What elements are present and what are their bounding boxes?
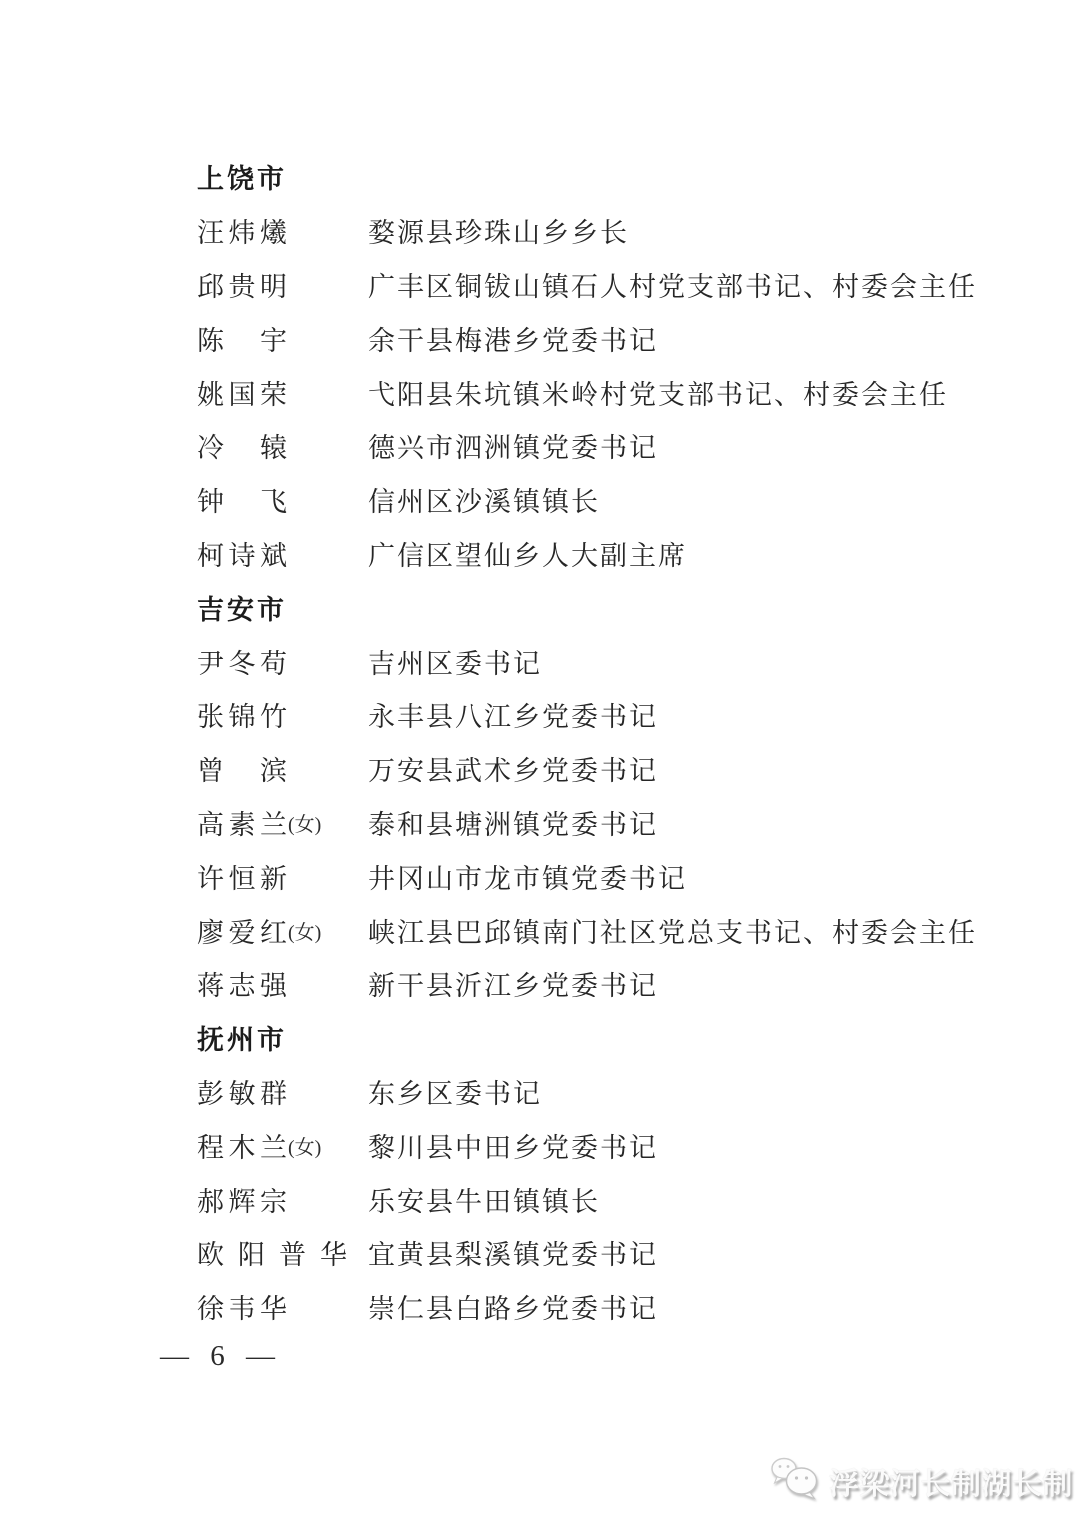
watermark-text: 浮梁河长制湖长制 [829, 1459, 1073, 1503]
person-title: 广信区望仙乡人大副主席 [368, 534, 687, 573]
person-name-cell: 彭敏群 [197, 1072, 368, 1111]
person-name: 尹冬苟 [197, 642, 287, 681]
person-title: 乐安县牛田镇镇长 [368, 1180, 600, 1219]
person-title: 井冈山市龙市镇党委书记 [368, 857, 687, 896]
person-name: 徐韦华 [197, 1287, 287, 1326]
person-name-cell: 曾滨 [197, 749, 368, 788]
roster-row: 冷辕德兴市泗洲镇党委书记 [197, 419, 1050, 473]
document-page: 上饶市汪炜爔婺源县珍珠山乡乡长邱贵明广丰区铜钹山镇石人村党支部书记、村委会主任陈… [0, 0, 1080, 1528]
person-name-cell: 柯诗斌 [197, 534, 368, 573]
person-name: 程木兰 [197, 1126, 287, 1165]
person-title: 德兴市泗洲镇党委书记 [368, 426, 658, 465]
roster-row: 曾滨万安县武术乡党委书记 [197, 742, 1050, 796]
person-title: 余干县梅港乡党委书记 [368, 319, 658, 358]
person-name-cell: 冷辕 [197, 426, 368, 465]
roster-row: 汪炜爔婺源县珍珠山乡乡长 [197, 204, 1050, 258]
person-name-cell: 廖爱红(女) [197, 911, 368, 950]
roster-row: 徐韦华崇仁县白路乡党委书记 [197, 1280, 1050, 1334]
person-name-cell: 钟飞 [197, 480, 368, 519]
section-header: 上饶市 [197, 150, 1050, 204]
person-name: 姚国荣 [197, 373, 287, 412]
roster-row: 许恒新井冈山市龙市镇党委书记 [197, 849, 1050, 903]
person-title: 吉州区委书记 [368, 642, 542, 681]
roster-row: 廖爱红(女)峡江县巴邱镇南门社区党总支书记、村委会主任 [197, 903, 1050, 957]
person-name: 蒋志强 [197, 964, 287, 1003]
person-title: 信州区沙溪镇镇长 [368, 480, 600, 519]
person-name-cell: 汪炜爔 [197, 211, 368, 250]
person-name: 邱贵明 [197, 265, 287, 304]
roster-row: 程木兰(女)黎川县中田乡党委书记 [197, 1118, 1050, 1172]
person-title: 弋阳县朱坑镇米岭村党支部书记、村委会主任 [368, 373, 948, 412]
person-name: 柯诗斌 [197, 534, 287, 573]
person-title: 永丰县八江乡党委书记 [368, 695, 658, 734]
person-name: 欧阳普华 [197, 1233, 347, 1272]
page-number: — 6 — [160, 1340, 277, 1372]
gender-note: (女) [288, 916, 321, 945]
person-title: 东乡区委书记 [368, 1072, 542, 1111]
person-name-cell: 高素兰(女) [197, 803, 368, 842]
person-name-cell: 郝辉宗 [197, 1180, 368, 1219]
roster-row: 柯诗斌广信区望仙乡人大副主席 [197, 527, 1050, 581]
person-title: 黎川县中田乡党委书记 [368, 1126, 658, 1165]
gender-note: (女) [288, 1131, 321, 1160]
person-name: 冷辕 [197, 426, 287, 465]
person-name-cell: 欧阳普华 [197, 1233, 368, 1272]
person-name: 陈宇 [197, 319, 287, 358]
person-name: 张锦竹 [197, 695, 287, 734]
person-name: 彭敏群 [197, 1072, 287, 1111]
roster-row: 郝辉宗乐安县牛田镇镇长 [197, 1172, 1050, 1226]
roster-row: 尹冬苟吉州区委书记 [197, 634, 1050, 688]
person-name: 曾滨 [197, 749, 287, 788]
person-name: 高素兰 [197, 803, 287, 842]
roster-row: 彭敏群东乡区委书记 [197, 1065, 1050, 1119]
page-footer: — 6 — [160, 1340, 277, 1373]
roster-row: 邱贵明广丰区铜钹山镇石人村党支部书记、村委会主任 [197, 258, 1050, 312]
person-title: 新干县沂江乡党委书记 [368, 964, 658, 1003]
person-name-cell: 蒋志强 [197, 964, 368, 1003]
person-name: 汪炜爔 [197, 211, 287, 250]
roster-row: 高素兰(女)泰和县塘洲镇党委书记 [197, 796, 1050, 850]
person-title: 崇仁县白路乡党委书记 [368, 1287, 658, 1326]
person-name-cell: 尹冬苟 [197, 642, 368, 681]
roster-row: 姚国荣弋阳县朱坑镇米岭村党支部书记、村委会主任 [197, 365, 1050, 419]
wechat-icon [770, 1456, 824, 1507]
person-title: 泰和县塘洲镇党委书记 [368, 803, 658, 842]
person-title: 峡江县巴邱镇南门社区党总支书记、村委会主任 [368, 911, 977, 950]
roster-row: 张锦竹永丰县八江乡党委书记 [197, 688, 1050, 742]
roster-row: 陈宇余干县梅港乡党委书记 [197, 311, 1050, 365]
person-name: 廖爱红 [197, 911, 287, 950]
section-header: 抚州市 [197, 1011, 1050, 1065]
watermark: 浮梁河长制湖长制 [770, 1452, 1073, 1510]
roster-row: 钟飞信州区沙溪镇镇长 [197, 473, 1050, 527]
roster-row: 欧阳普华宜黄县梨溪镇党委书记 [197, 1226, 1050, 1280]
person-name-cell: 许恒新 [197, 857, 368, 896]
person-title: 婺源县珍珠山乡乡长 [368, 211, 629, 250]
person-name-cell: 姚国荣 [197, 373, 368, 412]
person-name-cell: 程木兰(女) [197, 1126, 368, 1165]
person-name-cell: 陈宇 [197, 319, 368, 358]
person-name: 郝辉宗 [197, 1180, 287, 1219]
person-name: 许恒新 [197, 857, 287, 896]
person-name-cell: 邱贵明 [197, 265, 368, 304]
person-title: 广丰区铜钹山镇石人村党支部书记、村委会主任 [368, 265, 977, 304]
person-title: 万安县武术乡党委书记 [368, 749, 658, 788]
person-name: 钟飞 [197, 480, 287, 519]
roster-list: 上饶市汪炜爔婺源县珍珠山乡乡长邱贵明广丰区铜钹山镇石人村党支部书记、村委会主任陈… [197, 150, 1050, 1334]
person-name-cell: 徐韦华 [197, 1287, 368, 1326]
person-name-cell: 张锦竹 [197, 695, 368, 734]
roster-row: 蒋志强新干县沂江乡党委书记 [197, 957, 1050, 1011]
person-title: 宜黄县梨溪镇党委书记 [368, 1233, 658, 1272]
section-header: 吉安市 [197, 580, 1050, 634]
gender-note: (女) [288, 808, 321, 837]
